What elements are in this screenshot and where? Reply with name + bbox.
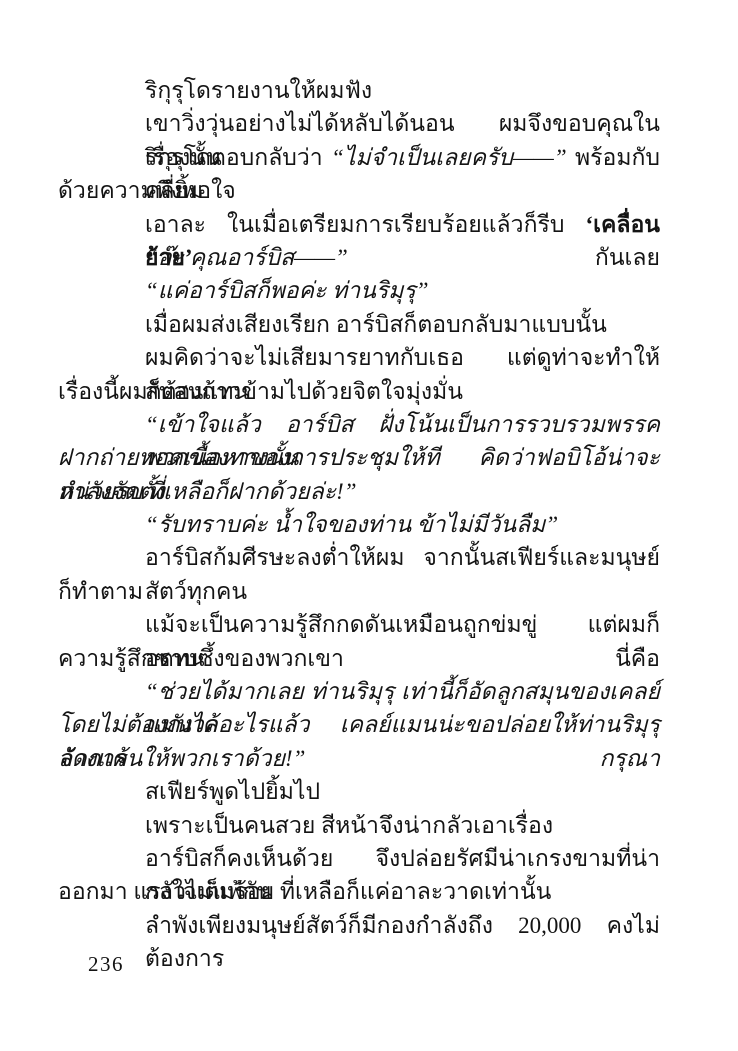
- text-segment: เพราะเป็นคนสวย สีหน้าจึงน่ากลัวเอาเรื่อง: [145, 813, 553, 838]
- text-line: ผมคิดว่าจะไม่เสียมารยาทกับเธอ แต่ดูท่าจะ…: [58, 341, 660, 374]
- text-line: “เข้าใจแล้ว อาร์บิส ฝั่งโน้นเป็นการรวบรว…: [58, 408, 660, 441]
- text-line: ลำพังเพียงมนุษย์สัตว์ก็มีกองกำลังถึง 20,…: [58, 909, 660, 942]
- body-text: ริกุรุโดรายงานให้ผมฟังเขาวิ่งวุ่นอย่างไม…: [58, 74, 660, 942]
- text-segment: สเฟียร์พูดไปยิ้มไป: [145, 779, 320, 804]
- text-segment: เมื่อผมส่งเสียงเรียก อาร์บิสก็ตอบกลับมาแ…: [145, 312, 607, 337]
- text-segment: ริกุรุโดรายงานให้ผมฟัง: [145, 78, 372, 103]
- text-line: โดยไม่ต้องกังวลอะไรแล้ว เคลย์แมนน่ะขอปล่…: [58, 708, 660, 741]
- text-line: เอาละ ในเมื่อเตรียมการเรียบร้อยแล้วก็รีบ…: [58, 208, 660, 241]
- text-line: ริกุรุโดตอบกลับว่า “ไม่จำเป็นเลยครับ——” …: [58, 141, 660, 174]
- text-line: “ช่วยได้มากเลย ท่านริมุรุ เท่านี้ก็อัดลู…: [58, 675, 660, 708]
- text-line: อาร์บิสก้มศีรษะลงต่ำให้ผม จากนั้นสเฟียร์…: [58, 541, 660, 574]
- text-line: “รับทราบค่ะ น้ำใจของท่าน ข้าไม่มีวันลืม”: [58, 508, 660, 541]
- text-line: แม้จะเป็นความรู้สึกกดดันเหมือนถูกข่มขู่ …: [58, 608, 660, 641]
- text-segment: ออกมา แรงใจเต็มร้อย ที่เหลือก็แค่อาละวาด…: [58, 879, 551, 904]
- text-segment: เรื่องนี้ผมก็ต้องก้าวข้ามไปด้วยจิตใจมุ่ง…: [58, 379, 463, 404]
- text-line: ริกุรุโดรายงานให้ผมฟัง: [58, 74, 660, 107]
- dialogue-text-segment: “ไม่จำเป็นเลยครับ——”: [331, 145, 567, 170]
- text-line: เขาวิ่งวุ่นอย่างไม่ได้หลับได้นอน ผมจึงขอ…: [58, 107, 660, 140]
- text-line: “แค่อาร์บิสก็พอค่ะ ท่านริมุรุ”: [58, 274, 660, 307]
- text-line: ฝากถ่ายทอดเนื้อหาของการประชุมให้ที คิดว่…: [58, 441, 660, 474]
- text-segment: ความรู้สึกซาบซึ้งของพวกเขา: [58, 646, 344, 671]
- dialogue-text-segment: “แค่อาร์บิสก็พอค่ะ ท่านริมุรุ”: [145, 278, 429, 303]
- text-line: ออกมา แรงใจเต็มร้อย ที่เหลือก็แค่อาละวาด…: [58, 875, 660, 908]
- page-number: 236: [88, 952, 124, 977]
- dialogue-text-segment: “รับทราบค่ะ น้ำใจของท่าน ข้าไม่มีวันลืม”: [145, 512, 558, 537]
- dialogue-text-segment: “อ๊ะ คุณอาร์บิส——”: [145, 245, 348, 270]
- text-segment: เอาละ ในเมื่อเตรียมการเรียบร้อยแล้วก็รีบ: [145, 212, 585, 237]
- text-segment: ริกุรุโดตอบกลับว่า: [145, 145, 331, 170]
- text-line: อาร์บิสก็คงเห็นด้วย จึงปล่อยรัศมีน่าเกรง…: [58, 842, 660, 875]
- text-segment: ด้วยความพึงพอใจ: [58, 178, 236, 203]
- text-line: เรื่องนี้ผมก็ต้องก้าวข้ามไปด้วยจิตใจมุ่ง…: [58, 375, 660, 408]
- text-line: เพราะเป็นคนสวย สีหน้าจึงน่ากลัวเอาเรื่อง: [58, 809, 660, 842]
- text-line: สเฟียร์พูดไปยิ้มไป: [58, 775, 660, 808]
- dialogue-text-segment: หน่วยรบ ที่เหลือก็ฝากด้วยล่ะ!”: [58, 479, 357, 504]
- text-line: เมื่อผมส่งเสียงเรียก อาร์บิสก็ตอบกลับมาแ…: [58, 308, 660, 341]
- book-page: ริกุรุโดรายงานให้ผมฟังเขาวิ่งวุ่นอย่างไม…: [0, 0, 738, 1051]
- dialogue-text-segment: ล้างแค้นให้พวกเราด้วย!”: [58, 746, 305, 771]
- text-segment: ก็ทำตาม: [58, 579, 143, 604]
- text-segment: ลำพังเพียงมนุษย์สัตว์ก็มีกองกำลังถึง 20,…: [145, 913, 660, 971]
- text-line: หน่วยรบ ที่เหลือก็ฝากด้วยล่ะ!”: [58, 475, 660, 508]
- text-line: ด้วยความพึงพอใจ: [58, 174, 660, 207]
